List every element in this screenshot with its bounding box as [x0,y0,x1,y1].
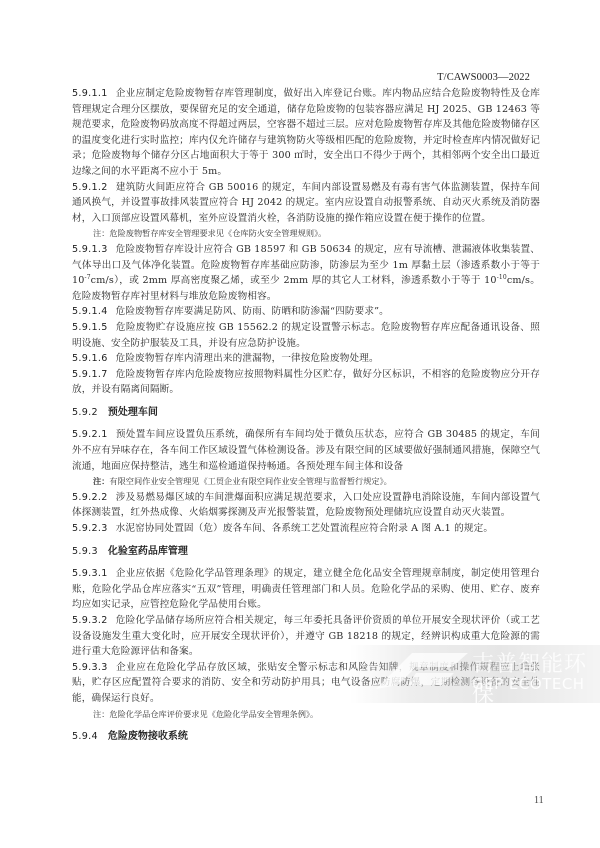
exponent: -10 [497,274,507,281]
clause-5-9-1-7: 5.9.1.7危险废物暂存库内危险废物应按照物料属性分区贮存，做好分区标识，不相… [72,367,540,398]
note-text: 危险化学品仓库评价要求见《危险化学品安全管理条例》。 [109,709,318,719]
note-chemical-warehouse: 注：危险化学品仓库评价要求见《危险化学品安全管理条例》。 [93,707,540,723]
clause-text: 企业应在危险化学品存放区域，张贴安全警示标志和风险告知牌，规章制度和操作规程应上… [72,662,540,704]
clause-5-9-1-3: 5.9.1.3危险废物暂存库设计应符合 GB 18597 和 GB 50634 … [72,242,540,304]
clause-text: 危险废物暂存库内危险废物应按照物料属性分区贮存，做好分区标识，不相容的危险废物应… [72,369,540,396]
note-confined-space: 注：有限空间作业安全管理见《工贸企业有限空间作业安全管理与监督暂行规定》。 [93,474,540,490]
section-title: 预处理车间 [108,407,158,418]
note-label: 注： [93,476,109,486]
clause-5-9-3-2: 5.9.3.2危险化学品储存场所应符合相关规定，每三年委托具备评价资质的单位开展… [72,613,540,660]
clause-text: 水泥窑协同处置固（危）废各车间、各系统工艺处置流程应符合附录 A 图 A.1 的… [116,523,493,534]
clause-number: 5.9.1.2 [72,182,108,193]
note-label: 注： [93,228,109,238]
clause-text: cm/s），或 2mm 厚高密度聚乙烯，或至少 2mm 厚的其它人工材料，渗透系… [91,275,497,286]
clause-number: 5.9.1.3 [72,244,108,255]
clause-text: 危险化学品储存场所应符合相关规定，每三年委托具备评价资质的单位开展安全现状评价（… [72,615,540,657]
clause-5-9-1-5: 5.9.1.5危险废物贮存设施应按 GB 15562.2 的规定设置警示标志。危… [72,320,540,351]
note-warehouse-fire: 注：危险废物暂存库安全管理要求见《仓库防火安全管理规则》。 [93,226,540,242]
note-text: 危险废物暂存库安全管理要求见《仓库防火安全管理规则》。 [109,228,326,238]
clause-5-9-2-2: 5.9.2.2涉及易燃易爆区域的车间泄爆面积应满足规范要求，入口处应设置静电消除… [72,490,540,521]
clause-number: 5.9.1.6 [72,353,108,364]
section-title: 化验室药品库管理 [108,546,188,557]
clause-number: 5.9.2.3 [72,523,108,534]
clause-5-9-2-3: 5.9.2.3水泥窑协同处置固（危）废各车间、各系统工艺处置流程应符合附录 A … [72,521,540,537]
section-number: 5.9.4 [72,731,98,742]
note-label: 注： [93,709,109,719]
clause-5-9-1-6: 5.9.1.6危险废物暂存库内清理出来的泄漏物，一律按危险废物处理。 [72,351,540,367]
clause-number: 5.9.1.1 [72,88,108,99]
clause-5-9-2-1: 5.9.2.1预处置车间应设置负压系统，确保所有车间均处于微负压状态，应符合 G… [72,427,540,474]
document-body: 5.9.1.1企业应制定危险废物暂存库管理制度，做好出入库登记台账。库内物品应结… [72,86,540,752]
clause-5-9-3-1: 5.9.3.1企业应依据《危险化学品管理条理》的规定，建立健全危化品安全管理规章… [72,566,540,613]
clause-number: 5.9.2.2 [72,492,108,503]
clause-number: 5.9.2.1 [72,429,108,440]
clause-5-9-3-3: 5.9.3.3企业应在危险化学品存放区域，张贴安全警示标志和风险告知牌，规章制度… [72,660,540,707]
clause-text: 企业应依据《危险化学品管理条理》的规定，建立健全危化品安全管理规章制度，制定使用… [72,568,540,610]
clause-text: 企业应制定危险废物暂存库管理制度，做好出入库登记台账。库内物品应结合危险废物特性… [72,88,540,177]
section-number: 5.9.3 [72,546,98,557]
document-page: T/CAWS0003—2022 5.9.1.1企业应制定危险废物暂存库管理制度，… [0,0,600,848]
clause-5-9-1-1: 5.9.1.1企业应制定危险废物暂存库管理制度，做好出入库登记台账。库内物品应结… [72,86,540,180]
clause-number: 5.9.1.7 [72,369,108,380]
clause-text: 危险废物暂存库内清理出来的泄漏物，一律按危险废物处理。 [116,353,379,364]
clause-text: 危险废物贮存设施应按 GB 15562.2 的规定设置警示标志。危险废物暂存库应… [72,322,540,349]
clause-text: 预处置车间应设置负压系统，确保所有车间均处于微负压状态，应符合 GB 30485… [72,429,540,471]
clause-number: 5.9.3.2 [72,615,108,626]
document-code: T/CAWS0003—2022 [437,72,530,83]
section-heading-5-9-3: 5.9.3化验室药品库管理 [72,544,540,560]
clause-text: 涉及易燃易爆区域的车间泄爆面积应满足规范要求，入口处应设置静电消除设施，车间内部… [72,492,540,519]
section-heading-5-9-4: 5.9.4危险废物接收系统 [72,729,540,745]
section-heading-5-9-2: 5.9.2预处理车间 [72,405,540,421]
clause-5-9-1-2: 5.9.1.2建筑防火间距应符合 GB 50016 的规定，车间内部设置易燃及有… [72,180,540,227]
clause-number: 5.9.3.3 [72,662,108,673]
section-number: 5.9.2 [72,407,98,418]
clause-5-9-1-4: 5.9.1.4危险废物暂存库要满足防风、防雨、防晒和防渗漏“四防要求”。 [72,304,540,320]
clause-number: 5.9.3.1 [72,568,108,579]
clause-text: 危险废物暂存库要满足防风、防雨、防晒和防渗漏“四防要求”。 [116,306,389,317]
section-title: 危险废物接收系统 [108,731,188,742]
page-number: 11 [534,795,544,806]
clause-number: 5.9.1.4 [72,306,108,317]
clause-text: 建筑防火间距应符合 GB 50016 的规定，车间内部设置易燃及有毒有害气体监测… [72,182,540,224]
clause-number: 5.9.1.5 [72,322,108,333]
note-text: 有限空间作业安全管理见《工贸企业有限空间作业安全管理与监督暂行规定》。 [109,476,391,486]
